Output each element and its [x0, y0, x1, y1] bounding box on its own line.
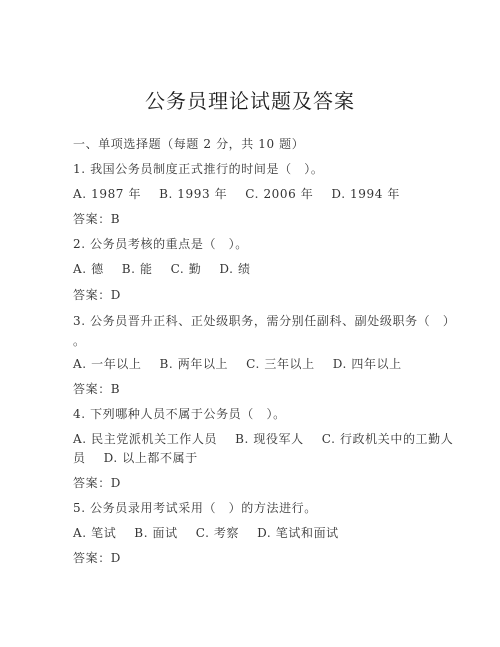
question-3-stem: 3. 公务员晋升正科、正处级职务，需分别任副科、副处级职务（ ） — [73, 313, 455, 329]
question-3-stem-continued: 。 — [73, 333, 86, 349]
question-1-options: A. 1987 年B. 1993 年C. 2006 年D. 1994 年 — [73, 186, 400, 202]
option-a: A. 民主党派机关工作人员 — [73, 431, 217, 447]
option-d: D. 以上都不属于 — [104, 450, 198, 466]
option-d: D. 绩 — [219, 261, 250, 277]
question-5-options: A. 笔试B. 面试C. 考察D. 笔试和面试 — [73, 525, 339, 541]
option-c: C. 行政机关中的工勤人 — [322, 431, 454, 447]
question-4-options-line-1: A. 民主党派机关工作人员B. 现役军人C. 行政机关中的工勤人 — [73, 431, 453, 447]
section-heading: 一、单项选择题（每题 2 分，共 10 题） — [73, 136, 304, 152]
option-c: C. 勤 — [171, 261, 202, 277]
option-a: A. 一年以上 — [73, 356, 142, 372]
document-page: 公务员理论试题及答案 一、单项选择题（每题 2 分，共 10 题） 1. 我国公… — [0, 0, 500, 647]
option-b: B. 两年以上 — [160, 356, 229, 372]
question-5-stem: 5. 公务员录用考试采用（ ）的方法进行。 — [73, 500, 317, 516]
option-a: A. 德 — [73, 261, 104, 277]
option-d: D. 笔试和面试 — [257, 525, 339, 541]
option-d: D. 四年以上 — [333, 356, 402, 372]
option-c: C. 考察 — [196, 525, 239, 541]
question-4-answer: 答案：D — [73, 475, 121, 491]
option-a: A. 1987 年 — [73, 186, 141, 202]
question-5-answer: 答案：D — [73, 550, 121, 566]
option-d: D. 1994 年 — [331, 186, 400, 202]
option-c-continued: 员 — [73, 450, 86, 466]
question-2-options: A. 德B. 能C. 勤D. 绩 — [73, 261, 251, 277]
option-c: C. 三年以上 — [246, 356, 315, 372]
question-3-answer: 答案：B — [73, 381, 120, 397]
document-title: 公务员理论试题及答案 — [0, 85, 500, 114]
question-1-stem: 1. 我国公务员制度正式推行的时间是（ ）。 — [73, 161, 323, 177]
question-4-stem: 4. 下列哪种人员不属于公务员（ ）。 — [73, 406, 286, 422]
question-2-answer: 答案：D — [73, 287, 121, 303]
option-b: B. 1993 年 — [159, 186, 227, 202]
option-a: A. 笔试 — [73, 525, 116, 541]
option-b: B. 能 — [122, 261, 153, 277]
option-b: B. 现役军人 — [235, 431, 304, 447]
question-1-answer: 答案：B — [73, 211, 120, 227]
question-3-options: A. 一年以上B. 两年以上C. 三年以上D. 四年以上 — [73, 356, 402, 372]
question-2-stem: 2. 公务员考核的重点是（ ）。 — [73, 236, 248, 252]
option-c: C. 2006 年 — [245, 186, 313, 202]
option-b: B. 面试 — [134, 525, 177, 541]
question-4-options-line-2: 员D. 以上都不属于 — [73, 450, 198, 466]
